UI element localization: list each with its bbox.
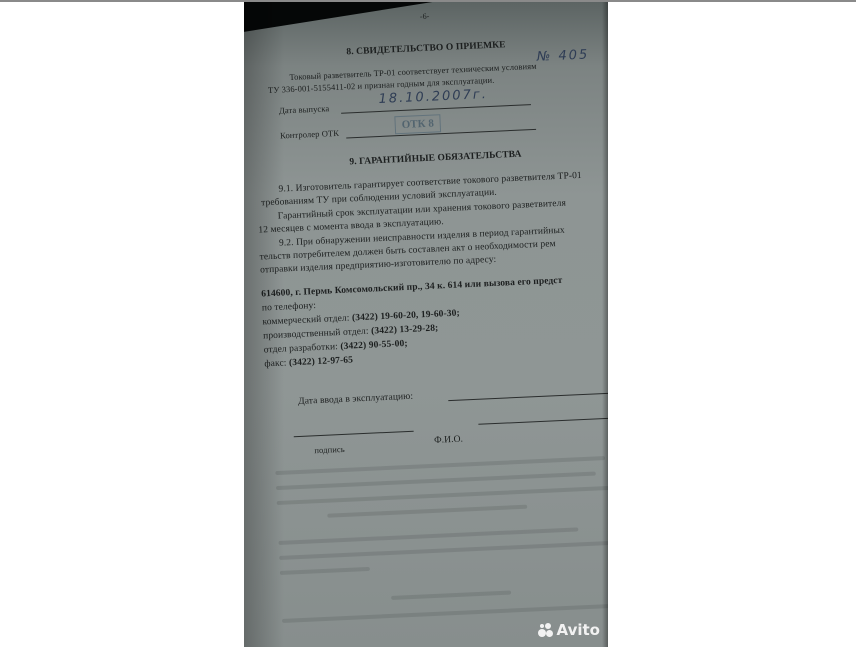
name-label: Ф.И.О. [434,435,463,446]
page-number: -6- [420,12,430,21]
serial-number-handwritten: № 405 [536,47,589,64]
bleed-through-text [276,472,596,491]
bleed-through-text [391,590,511,599]
otk-stamp: ОТК 8 [394,114,441,134]
manufacturer-address: 614600, г. Пермь Комсомольский пр., 34 к… [261,276,563,300]
otk-label: Контролер ОТК [280,128,339,141]
bleed-through-text [278,527,578,545]
commission-date-line [448,392,608,402]
release-date-value: 18.10.2007г. [378,87,488,107]
avito-logo-icon [538,623,554,637]
bleed-through-text [277,486,608,505]
signature-label: подпись [314,444,345,455]
avito-watermark-text: Avito [557,621,600,639]
section-8-title: 8. СВИДЕТЕЛЬСТВО О ПРИЕМКЕ [346,40,506,57]
release-date-line [341,104,531,114]
photo-shadow-left [244,2,284,647]
document-photo[interactable]: -6- 8. СВИДЕТЕЛЬСТВО О ПРИЕМКЕ Токовый р… [244,2,608,647]
release-date-label: Дата выпуска [279,103,330,115]
bleed-through-text [279,541,608,560]
document-page: -6- 8. СВИДЕТЕЛЬСТВО О ПРИЕМКЕ Токовый р… [244,2,608,647]
section-9-title: 9. ГАРАНТИЙНЫЕ ОБЯЗАТЕЛЬСТВА [349,150,522,168]
signature-line [294,431,414,437]
bleed-through-text [280,567,370,575]
bleed-through-text [275,456,605,475]
contact-development: отдел разработки: (3422) 90-55-00; [264,339,408,356]
commission-date-label: Дата ввода в эксплуатацию: [298,392,413,407]
bleed-through-text [327,505,527,518]
photo-edge-right [602,2,608,647]
name-line [478,416,608,424]
avito-watermark: Avito [538,621,600,639]
